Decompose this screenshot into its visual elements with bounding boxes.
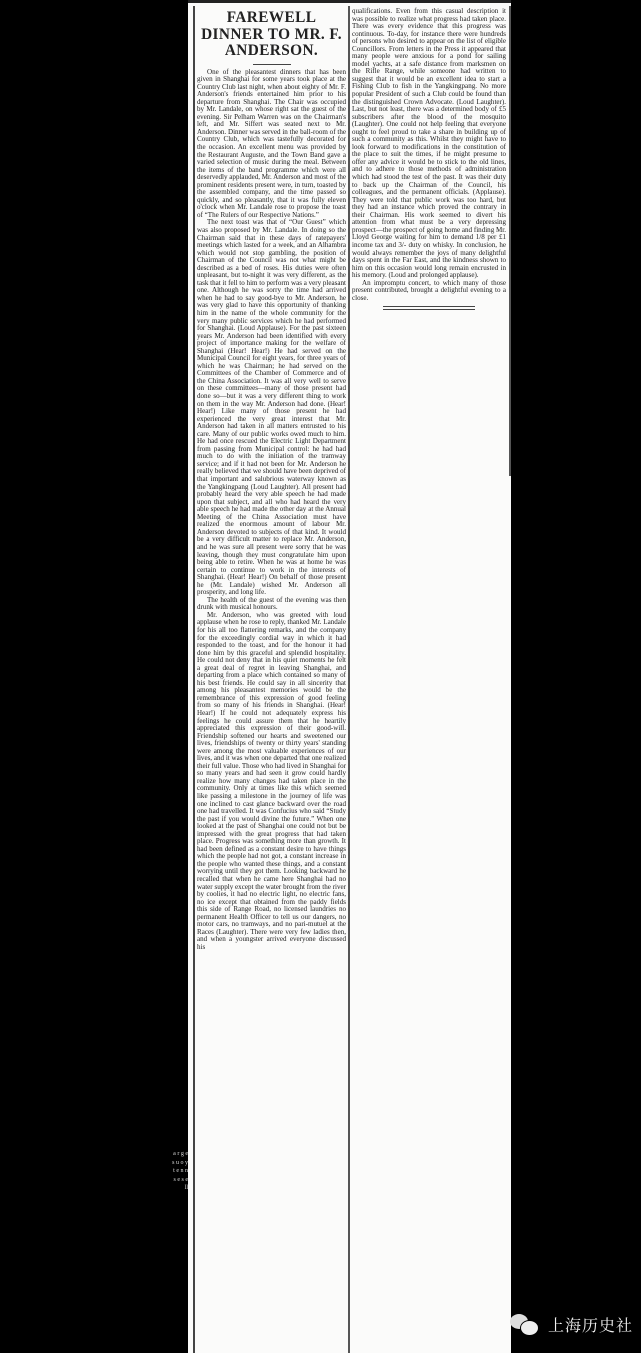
- paragraph: An impromptu concert, to which many of t…: [352, 280, 506, 303]
- watermark: 上海历史社: [508, 1310, 633, 1338]
- paragraph: Mr. Anderson, who was greeted with loud …: [197, 612, 346, 952]
- paragraph: The health of the guest of the evening w…: [197, 597, 346, 612]
- wechat-icon: [508, 1312, 542, 1336]
- article-column-2: qualifications. Even from this casual de…: [352, 8, 506, 310]
- paragraph: One of the pleasantest dinners that has …: [197, 69, 346, 220]
- article-headline: FAREWELL DINNER TO MR. F. ANDERSON.: [197, 10, 346, 60]
- column-rule-middle: [348, 6, 350, 1353]
- paragraph: The next toast was that of “Our Guest” w…: [197, 219, 346, 596]
- headline-divider: [253, 64, 291, 65]
- adjacent-column-fragments: a r g e s u o y t e n n s e s e ll: [170, 1150, 188, 1340]
- column-rule-left: [193, 6, 195, 1353]
- top-border: [188, 0, 511, 3]
- watermark-text: 上海历史社: [548, 1313, 633, 1336]
- article-end-rule: [383, 306, 475, 310]
- paragraph: qualifications. Even from this casual de…: [352, 8, 506, 280]
- column-rule-right: [509, 6, 511, 476]
- newspaper-clipping: FAREWELL DINNER TO MR. F. ANDERSON. One …: [188, 0, 511, 1353]
- article-column-1: FAREWELL DINNER TO MR. F. ANDERSON. One …: [197, 8, 346, 951]
